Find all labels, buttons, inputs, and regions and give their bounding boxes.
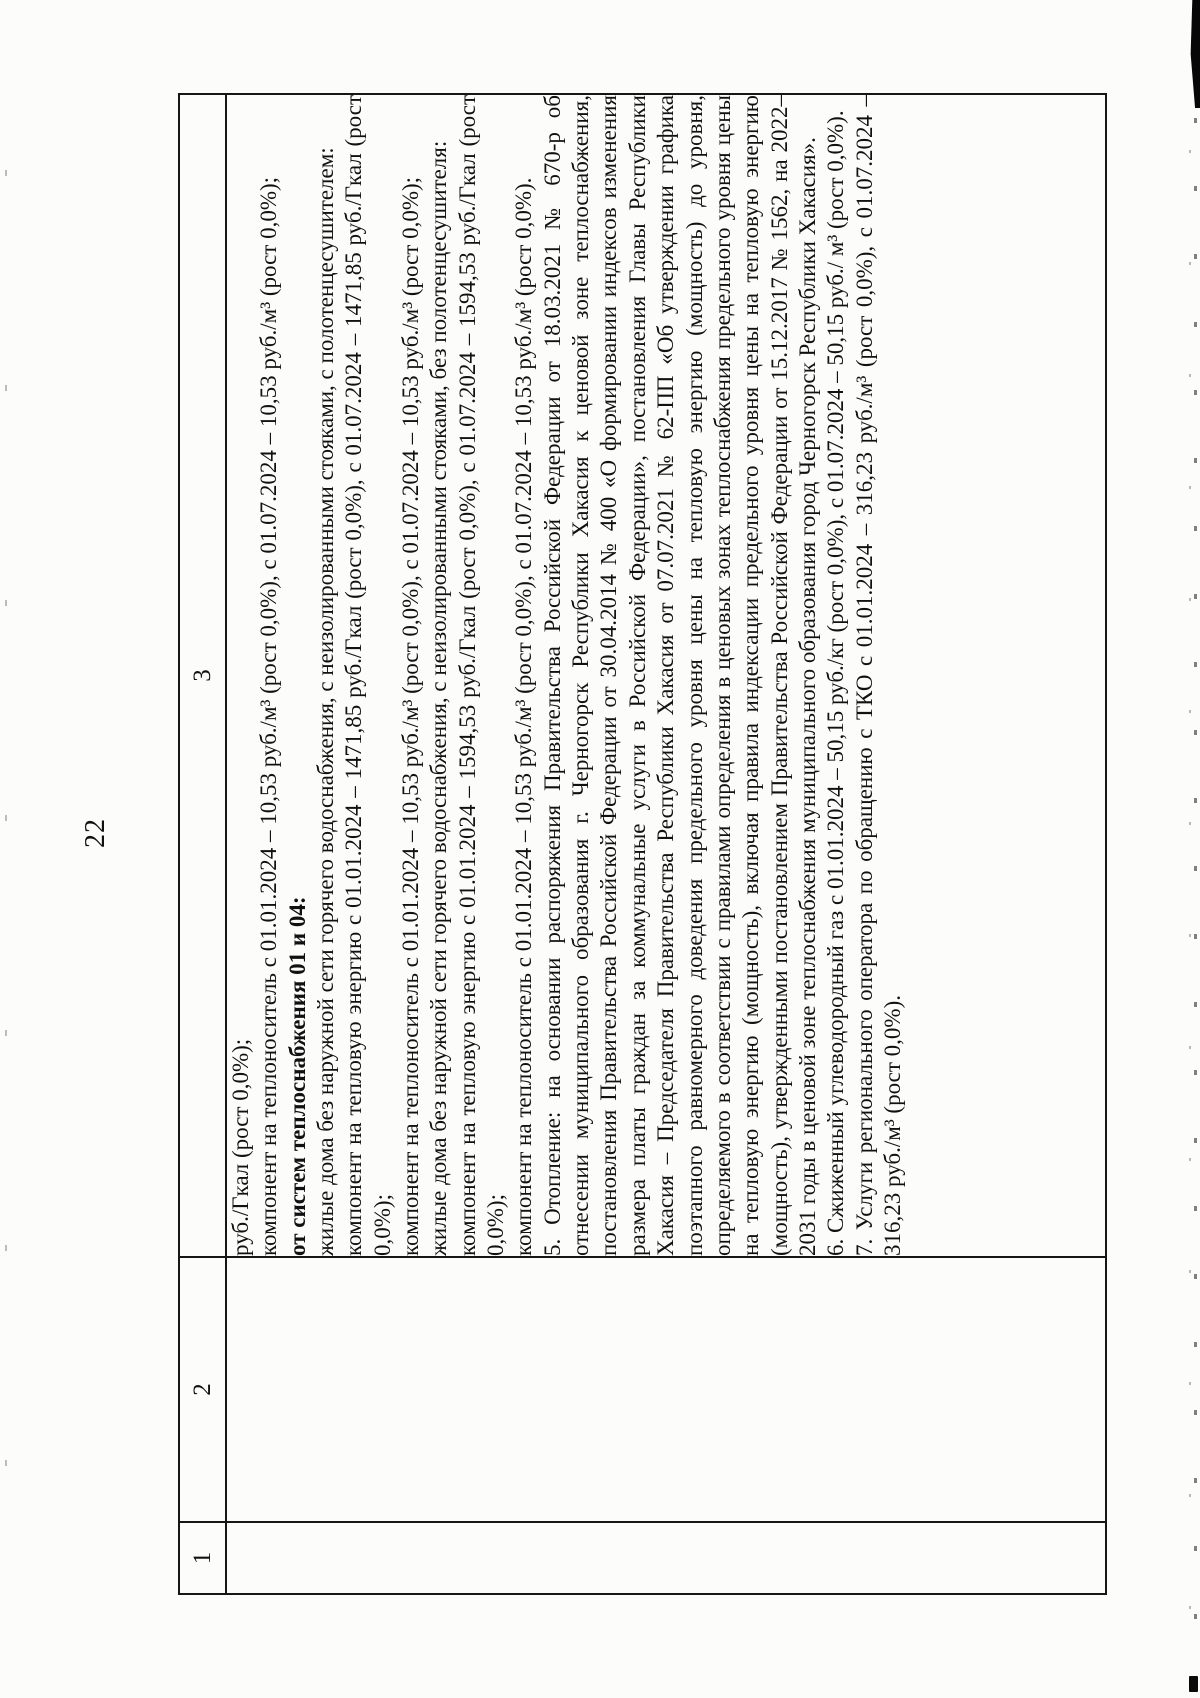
tariff-paragraph: компонент на тепловую энергию с 01.01.20…: [340, 95, 397, 1256]
tariff-paragraph-item5-heating: 5. Отопление: на основании распоряжения …: [539, 95, 822, 1256]
tariff-table: 1 2 3 руб./Гкал (рост 0,0%); компонент н…: [178, 93, 1107, 1595]
rotated-page-content: 22 1 2 3 руб./Гкал (рост 0,0%); компонен…: [0, 0, 1200, 1698]
tariff-paragraph: компонент на теплоноситель с 01.01.2024 …: [510, 95, 538, 1256]
tariff-paragraph: компонент на теплоноситель с 01.01.2024 …: [397, 95, 425, 1256]
scanned-document-page: 22 1 2 3 руб./Гкал (рост 0,0%); компонен…: [0, 0, 1200, 1698]
table-header-row: 1 2 3: [179, 94, 226, 1594]
tariff-paragraph-item6-gas: 6. Сжиженный углеводородный газ с 01.01.…: [822, 95, 850, 1256]
column-header-2: 2: [179, 1257, 226, 1522]
column-header-1: 1: [179, 1522, 226, 1594]
tariff-paragraph: компонент на теплоноситель с 01.01.2024 …: [255, 95, 283, 1256]
table-body-row: руб./Гкал (рост 0,0%); компонент на тепл…: [226, 94, 1106, 1594]
body-cell-col1: [226, 1522, 1106, 1594]
tariff-paragraph-heating-systems: от систем теплоснабжения 01 и 04:: [284, 95, 312, 1256]
tariff-paragraph: компонент на тепловую энергию с 01.01.20…: [454, 95, 511, 1256]
body-cell-col2: [226, 1257, 1106, 1522]
column-header-3: 3: [179, 94, 226, 1257]
tariff-paragraph: руб./Гкал (рост 0,0%);: [227, 95, 255, 1256]
body-cell-col3: руб./Гкал (рост 0,0%); компонент на тепл…: [226, 94, 1106, 1257]
page-number: 22: [80, 0, 112, 1682]
tariff-paragraph: жилые дома без наружной сети горячего во…: [425, 95, 453, 1256]
tariff-paragraph-item7-waste: 7. Услуги регионального оператора по обр…: [851, 95, 908, 1256]
tariff-paragraph: жилые дома без наружной сети горячего во…: [312, 95, 340, 1256]
